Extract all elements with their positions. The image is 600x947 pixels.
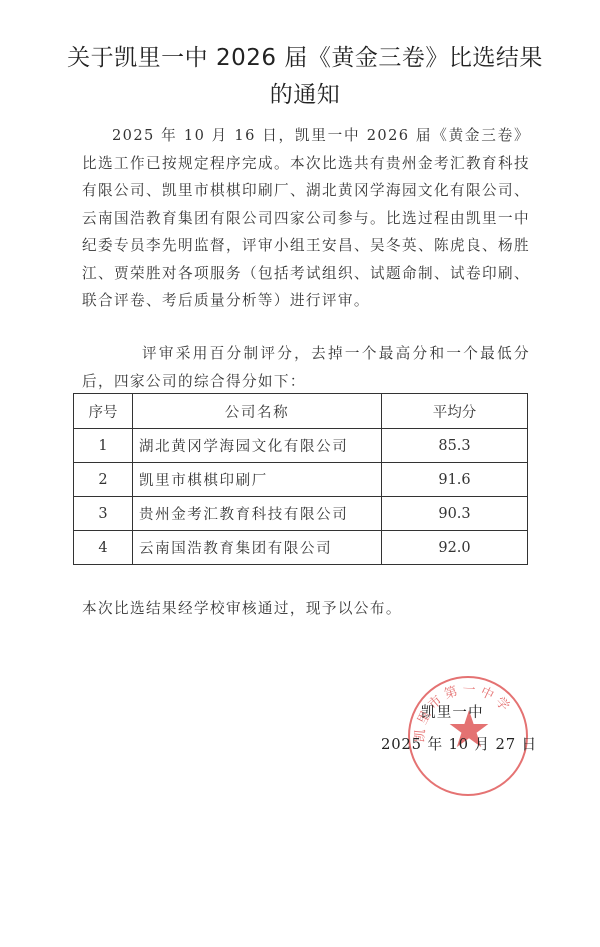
header-company: 公司名称: [133, 394, 382, 429]
body-paragraph-2: 评审采用百分制评分，去掉一个最高分和一个最低分后，四家公司的综合得分如下：: [82, 340, 530, 395]
table-row: 4 云南国浩教育集团有限公司 92.0: [74, 531, 528, 565]
cell-no: 1: [74, 429, 133, 463]
cell-score: 92.0: [382, 531, 528, 565]
table-row: 3 贵州金考汇教育科技有限公司 90.3: [74, 497, 528, 531]
header-no: 序号: [74, 394, 133, 429]
cell-score: 85.3: [382, 429, 528, 463]
cell-no: 4: [74, 531, 133, 565]
cell-company: 云南国浩教育集团有限公司: [133, 531, 382, 565]
cell-company: 贵州金考汇教育科技有限公司: [133, 497, 382, 531]
cell-no: 3: [74, 497, 133, 531]
cell-score: 90.3: [382, 497, 528, 531]
table-row: 1 湖北黄冈学海园文化有限公司 85.3: [74, 429, 528, 463]
header-score: 平均分: [382, 394, 528, 429]
table-row: 2 凯里市棋棋印刷厂 91.6: [74, 463, 528, 497]
body-paragraph-1: 2025 年 10 月 16 日，凯里一中 2026 届《黄金三卷》比选工作已按…: [82, 122, 530, 315]
cell-company: 凯里市棋棋印刷厂: [133, 463, 382, 497]
score-table: 序号 公司名称 平均分 1 湖北黄冈学海园文化有限公司 85.3 2 凯里市棋棋…: [73, 393, 528, 565]
document-title: 关于凯里一中 2026 届《黄金三卷》比选结果的通知: [60, 40, 550, 114]
cell-company: 湖北黄冈学海园文化有限公司: [133, 429, 382, 463]
signature-org: 凯里一中: [421, 701, 484, 722]
cell-score: 91.6: [382, 463, 528, 497]
table-header-row: 序号 公司名称 平均分: [74, 394, 528, 429]
signature-date: 2025 年 10 月 27 日: [381, 733, 537, 754]
closing-statement: 本次比选结果经学校审核通过，现予以公布。: [82, 597, 402, 618]
cell-no: 2: [74, 463, 133, 497]
